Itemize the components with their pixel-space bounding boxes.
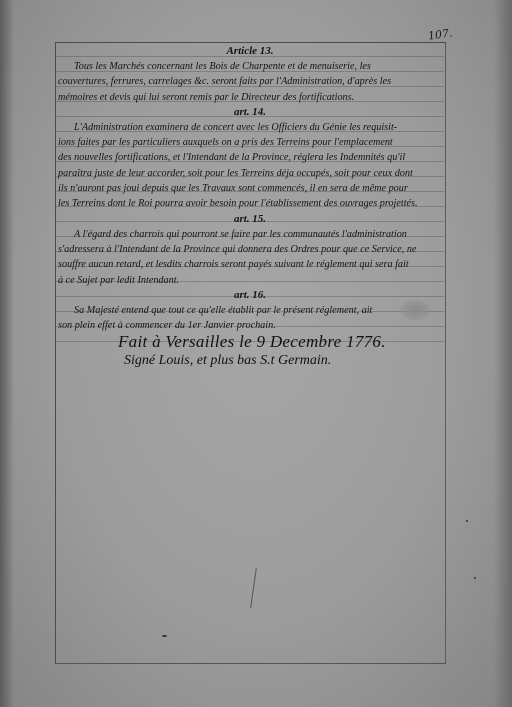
signatures-line: Signé Louis, et plus bas S.t Germain. xyxy=(118,352,408,370)
article-paragraph: Sa Majesté entend que tout ce qu'elle ét… xyxy=(58,303,442,334)
ink-speck xyxy=(466,520,468,522)
article-13: Article 13. Tous les Marchés concernant … xyxy=(58,44,442,105)
document-body: Article 13. Tous les Marchés concernant … xyxy=(58,44,442,333)
text-line: couvertures, ferrures, carrelages &c. se… xyxy=(58,74,442,89)
page-number: 107. xyxy=(427,26,453,42)
text-line: Tous les Marchés concernant les Bois de … xyxy=(58,59,442,74)
article-paragraph: A l'égard des charrois qui pourront se f… xyxy=(58,227,442,288)
text-line: les Terreins dont le Roi pourra avoir be… xyxy=(58,196,442,211)
page-edge-shadow-right xyxy=(494,0,512,707)
text-line: ils n'auront pas joui depuis que les Tra… xyxy=(58,181,442,196)
ink-speck xyxy=(162,635,167,637)
article-14: art. 14. L'Administration examinera de c… xyxy=(58,105,442,212)
text-line: Sa Majesté entend que tout ce qu'elle ét… xyxy=(58,303,442,318)
article-heading: art. 16. xyxy=(58,288,442,303)
article-15: art. 15. A l'égard des charrois qui pour… xyxy=(58,212,442,288)
scanned-page: 107. Article 13. Tous les Marchés concer… xyxy=(0,0,512,707)
article-16: art. 16. Sa Majesté entend que tout ce q… xyxy=(58,288,442,334)
article-heading: Article 13. xyxy=(58,44,442,59)
article-paragraph: L'Administration examinera de concert av… xyxy=(58,120,442,212)
text-line: s'adressera à l'Intendant de la Province… xyxy=(58,242,442,257)
article-paragraph: Tous les Marchés concernant les Bois de … xyxy=(58,59,442,105)
text-line: L'Administration examinera de concert av… xyxy=(58,120,442,135)
text-line: ions faites par les particuliers auxquel… xyxy=(58,135,442,150)
text-line: mémoires et devis qui lui seront remis p… xyxy=(58,90,442,105)
text-line: A l'égard des charrois qui pourront se f… xyxy=(58,227,442,242)
text-line: des nouvelles fortifications, et l'Inten… xyxy=(58,150,442,165)
page-edge-shadow-left xyxy=(0,0,14,707)
place-date-line: Fait à Versailles le 9 Decembre 1776. xyxy=(118,332,408,352)
text-line: souffre aucun retard, et lesdits charroi… xyxy=(58,257,442,272)
article-heading: art. 15. xyxy=(58,212,442,227)
article-heading: art. 14. xyxy=(58,105,442,120)
text-line: paraîtra juste de leur accorder, soit po… xyxy=(58,166,442,181)
closing-signature-block: Fait à Versailles le 9 Decembre 1776. Si… xyxy=(118,332,408,370)
text-line: à ce Sujet par ledit Intendant. xyxy=(58,273,442,288)
ink-speck xyxy=(474,577,476,579)
